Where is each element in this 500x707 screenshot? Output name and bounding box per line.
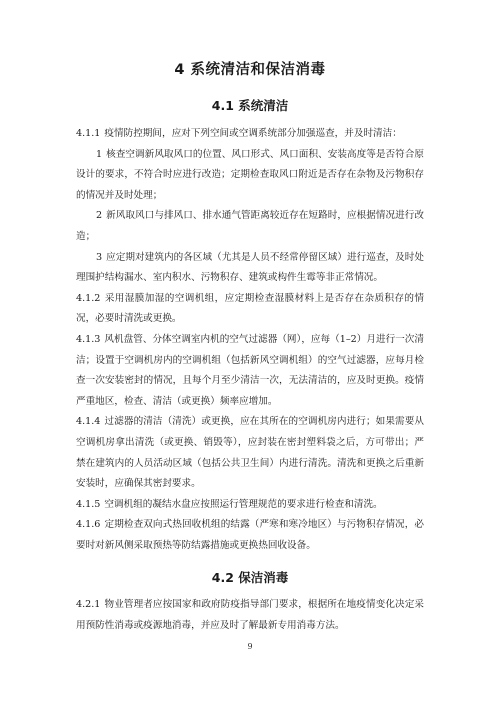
section-title-4-2: 4.2 保洁消毒	[0, 568, 500, 586]
list-item-1: 1核查空调新风取风口的位置、风口形式、风口面积、安装高度等是否符合原设计的要求，…	[76, 145, 424, 207]
clause-text: 疫情防控期间，应对下列空间或空调系统部分加强巡查，并及时清洁：	[104, 128, 401, 139]
clause-text: 定期检查双向式热回收机组的结露（严寒和寒冷地区）与污物积存情况，必要时对新风侧采…	[76, 519, 424, 551]
list-item-3: 3应定期对建筑内的各区域（尤其是人员不经常停留区域）进行巡查，及时处理围护结构漏…	[76, 248, 424, 289]
clause-number: 4.1.2	[76, 293, 100, 304]
clause-4-1-6: 4.1.6定期检查双向式热回收机组的结露（严寒和寒冷地区）与污物积存情况，必要时…	[76, 515, 424, 556]
item-text: 核查空调新风取风口的位置、风口形式、风口面积、安装高度等是否符合原设计的要求，不…	[76, 149, 424, 201]
clause-text: 过滤器的清洁（清洗）或更换，应在其所在的空调机房内进行；如果需要从空调机房拿出清…	[76, 416, 424, 489]
clause-4-1-3: 4.1.3风机盘管、分体空调室内机的空气过滤器（网），应每（1–2）月进行一次清…	[76, 330, 424, 412]
clause-number: 4.1.6	[76, 519, 100, 530]
clause-4-1-2: 4.1.2采用湿膜加湿的空调机组，应定期检查湿膜材料上是否存在杂质积存的情况，必…	[76, 289, 424, 330]
clause-number: 4.2.1	[76, 599, 100, 610]
item-text: 新风取风口与排风口、排水通气管距离较近存在短路时，应根据情况进行改造；	[76, 210, 424, 242]
clause-4-1-4: 4.1.4过滤器的清洁（清洗）或更换，应在其所在的空调机房内进行；如果需要从空调…	[76, 412, 424, 494]
clause-text: 风机盘管、分体空调室内机的空气过滤器（网），应每（1–2）月进行一次清洁；设置于…	[76, 334, 424, 407]
section-body-4-1: 4.1.1疫情防控期间，应对下列空间或空调系统部分加强巡查，并及时清洁： 1核查…	[76, 124, 424, 556]
clause-number: 4.1.3	[76, 334, 100, 345]
document-page: 4 系统清洁和保洁消毒 4.1 系统清洁 4.1.1疫情防控期间，应对下列空间或…	[0, 0, 500, 707]
item-number: 1	[96, 149, 102, 160]
clause-4-1-1: 4.1.1疫情防控期间，应对下列空间或空调系统部分加强巡查，并及时清洁：	[76, 124, 424, 145]
clause-4-1-5: 4.1.5空调机组的凝结水盘应按照运行管理规范的要求进行检查和清洗。	[76, 495, 424, 516]
section-body-4-2: 4.2.1物业管理者应按国家和政府防疫指导部门要求，根据所在地疫情变化决定采用预…	[76, 595, 424, 636]
clause-number: 4.1.5	[76, 499, 100, 510]
item-text: 应定期对建筑内的各区域（尤其是人员不经常停留区域）进行巡查，及时处理围护结构漏水…	[76, 252, 424, 284]
clause-text: 物业管理者应按国家和政府防疫指导部门要求，根据所在地疫情变化决定采用预防性消毒或…	[76, 599, 424, 631]
clause-text: 采用湿膜加湿的空调机组，应定期检查湿膜材料上是否存在杂质积存的情况，必要时清洗或…	[76, 293, 424, 325]
chapter-title: 4 系统清洁和保洁消毒	[0, 58, 500, 79]
page-number: 9	[0, 642, 500, 651]
clause-text: 空调机组的凝结水盘应按照运行管理规范的要求进行检查和清洗。	[104, 499, 382, 510]
clause-number: 4.1.4	[76, 416, 100, 427]
clause-4-2-1: 4.2.1物业管理者应按国家和政府防疫指导部门要求，根据所在地疫情变化决定采用预…	[76, 595, 424, 636]
clause-number: 4.1.1	[76, 128, 100, 139]
item-number: 3	[96, 252, 102, 263]
section-title-4-1: 4.1 系统清洁	[0, 96, 500, 114]
item-number: 2	[96, 210, 102, 221]
list-item-2: 2新风取风口与排风口、排水通气管距离较近存在短路时，应根据情况进行改造；	[76, 206, 424, 247]
